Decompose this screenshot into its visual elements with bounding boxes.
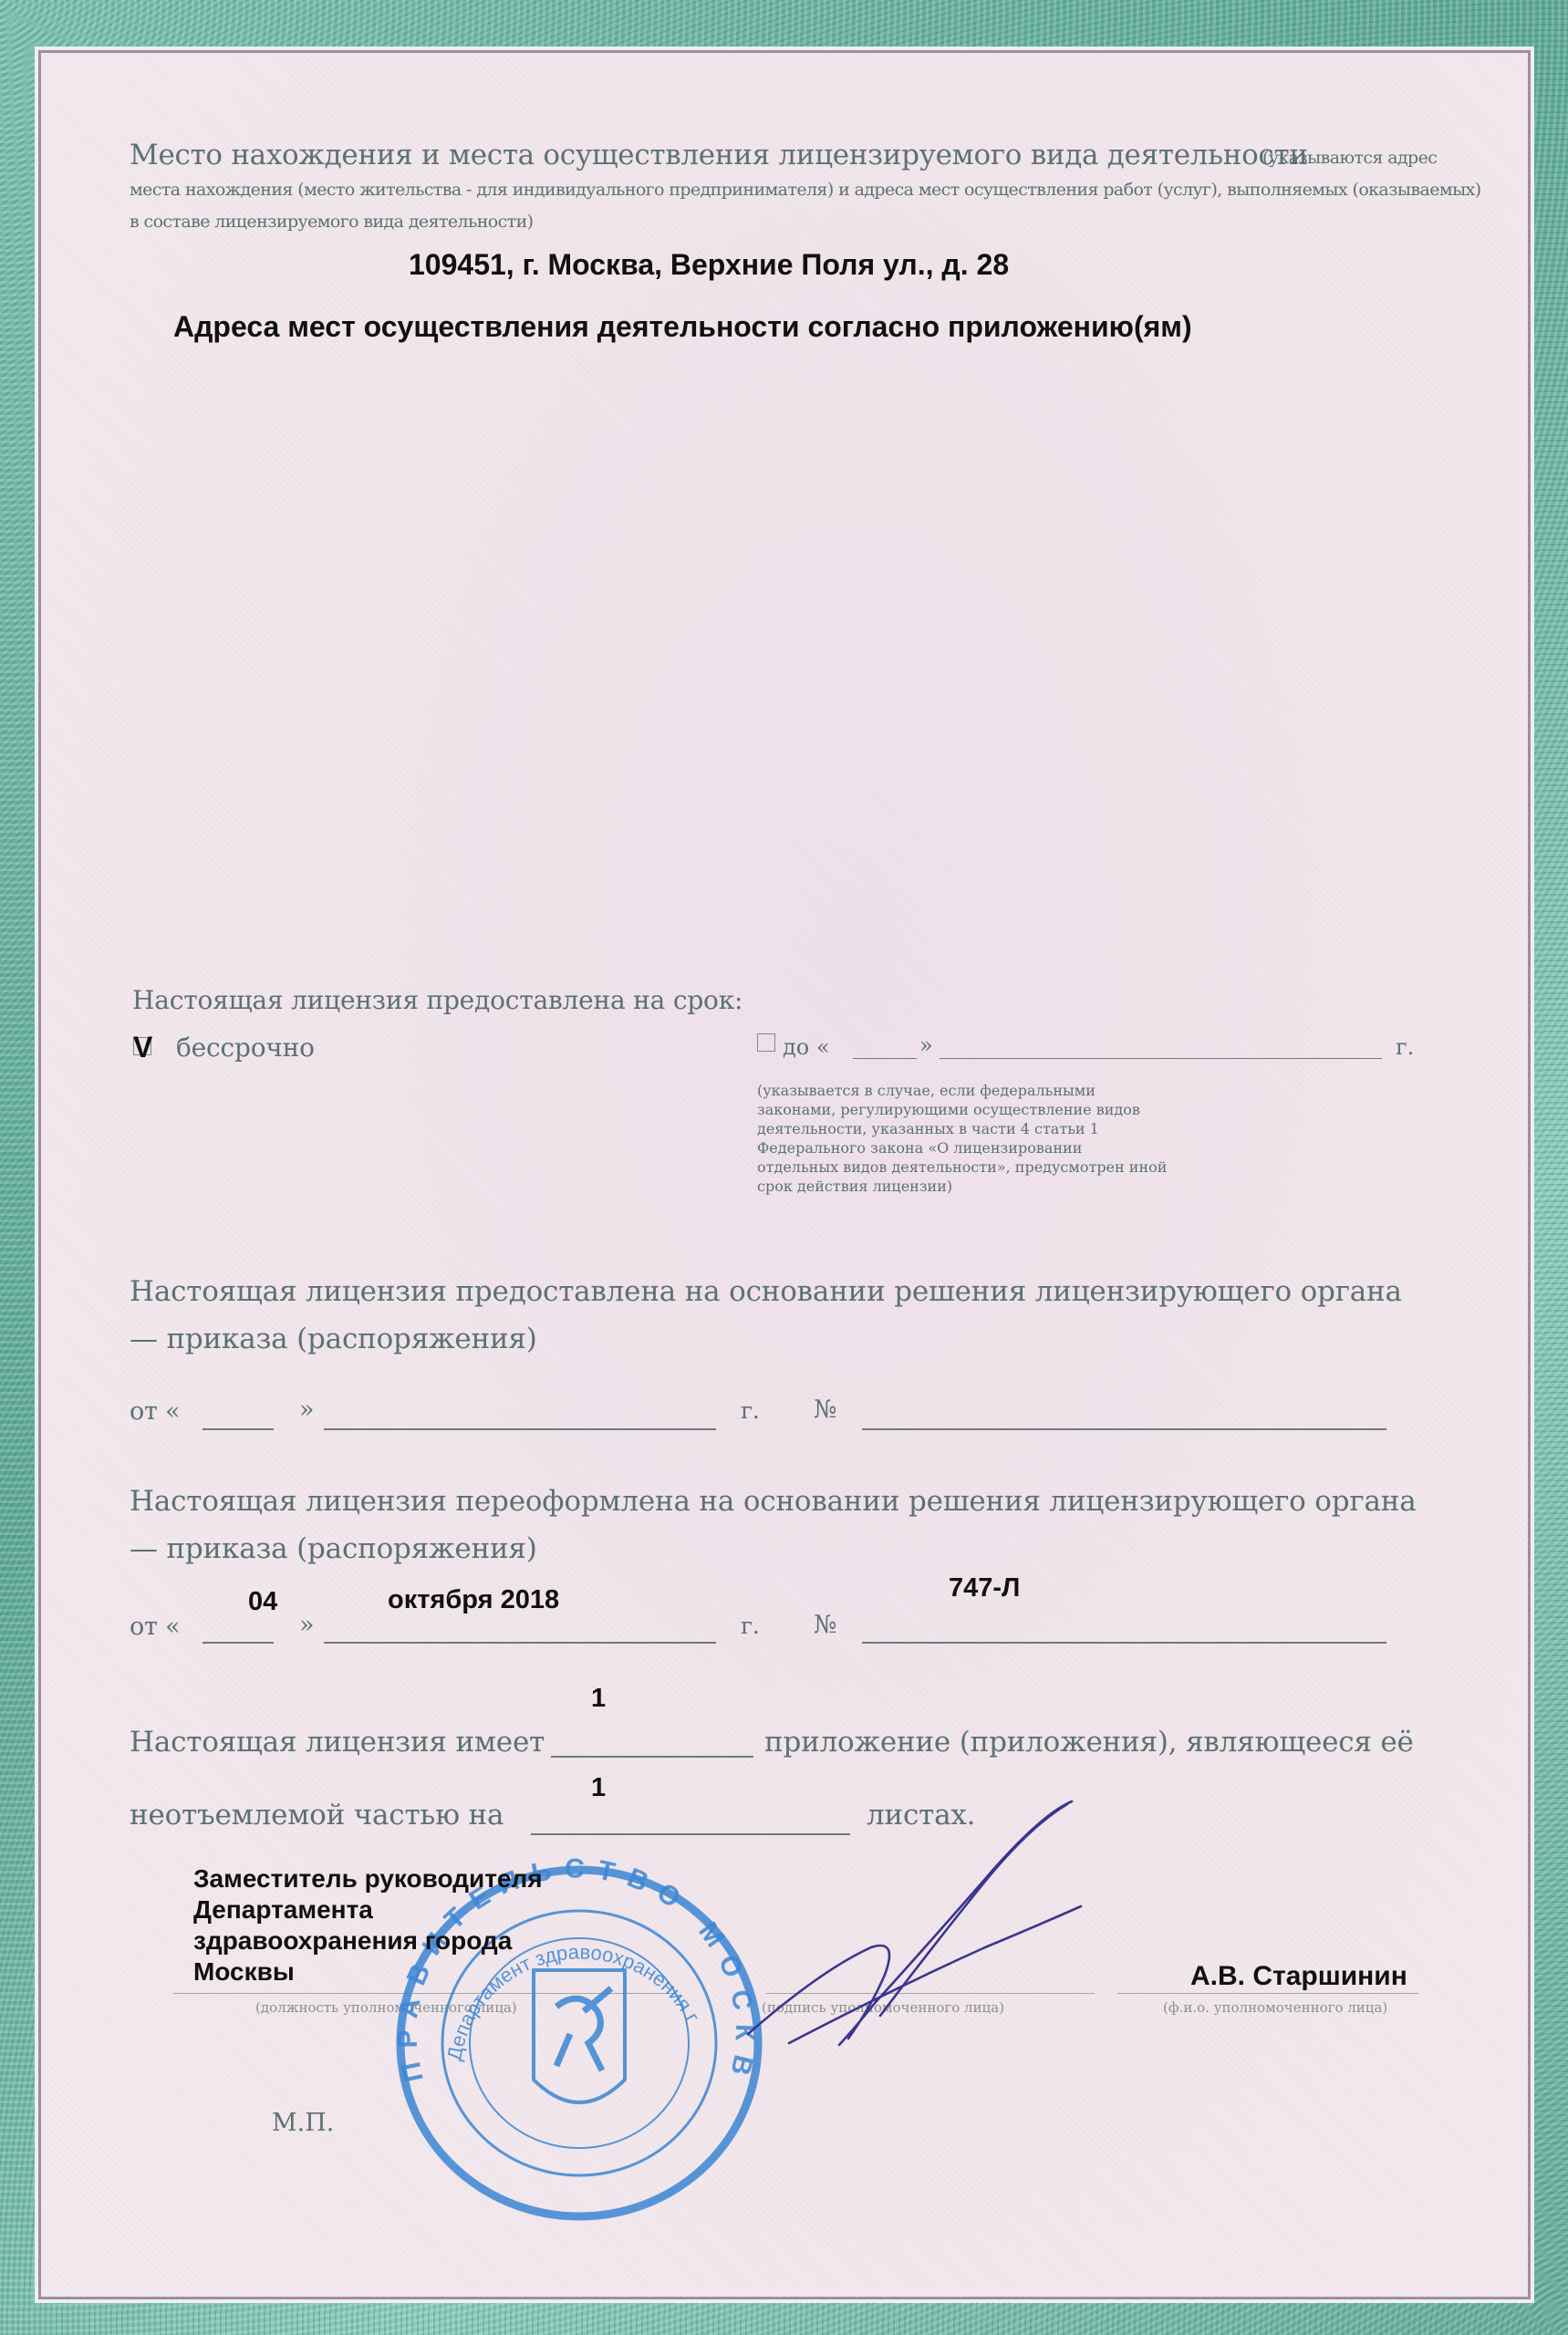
from-label: от « (130, 1397, 181, 1426)
quote-close: » (299, 1611, 314, 1639)
name-line (1117, 1993, 1418, 1994)
section-hint: (указываются адрес (1262, 148, 1437, 168)
until-day-field[interactable] (853, 1058, 917, 1059)
signer-position: Заместитель руководителя Департамента зд… (193, 1863, 543, 1987)
appendix-count: 1 (591, 1684, 606, 1714)
reissued-month-year: октября 2018 (388, 1585, 559, 1615)
section-hint: в составе лицензируемого вида деятельнос… (130, 212, 533, 232)
sheets-count: 1 (591, 1773, 606, 1803)
name-caption: (ф.и.о. уполномоченного лица) (1163, 1999, 1387, 2016)
position-line4: Москвы (193, 1956, 543, 1987)
until-date-field[interactable] (940, 1058, 1382, 1059)
granted-day-field[interactable] (202, 1428, 274, 1430)
reissued-day-field[interactable] (202, 1642, 274, 1644)
granted-number-field[interactable] (862, 1428, 1386, 1430)
term-note: (указывается в случае, если федеральными… (757, 1081, 1168, 1196)
appendix-prefix: Настоящая лицензия имеет (130, 1726, 545, 1759)
reissued-line1: Настоящая лицензия переоформлена на осно… (130, 1485, 1416, 1518)
until-checkbox[interactable] (757, 1033, 775, 1052)
from-label: от « (130, 1613, 181, 1641)
reissued-day: 04 (248, 1587, 277, 1617)
year-suffix: г. (741, 1613, 760, 1639)
seal-label: М.П. (272, 2109, 334, 2137)
signer-name: А.В. Старшинин (1190, 1961, 1407, 1992)
reissued-date-field[interactable] (324, 1642, 716, 1644)
granted-line2: — приказа (распоряжения) (130, 1323, 537, 1355)
activity-places: Адреса мест осуществления деятельности с… (173, 310, 1192, 344)
reissued-line2: — приказа (распоряжения) (130, 1532, 537, 1565)
sheets-prefix: неотъемлемой частью на (130, 1799, 504, 1832)
quote-close: » (299, 1396, 314, 1424)
granted-date-field[interactable] (324, 1428, 716, 1430)
indefinite-label: бессрочно (176, 1033, 315, 1063)
year-suffix: г. (741, 1397, 760, 1424)
check-mark: V (133, 1031, 152, 1064)
main-address: 109451, г. Москва, Верхние Поля ул., д. … (409, 248, 1009, 282)
granted-line1: Настоящая лицензия предоставлена на осно… (130, 1275, 1402, 1308)
number-label: № (814, 1611, 836, 1639)
position-line3: здравоохранения города (193, 1925, 543, 1956)
appendix-suffix: приложение (приложения), являющееся её (764, 1726, 1414, 1759)
number-label: № (814, 1396, 836, 1424)
section-hint: места нахождения (место жительства - для… (130, 180, 1481, 200)
year-suffix: г. (1396, 1034, 1414, 1060)
appendix-count-field[interactable] (551, 1756, 753, 1758)
term-label: Настоящая лицензия предоставлена на срок… (132, 985, 742, 1015)
section-title: Место нахождения и места осуществления л… (130, 139, 1308, 171)
handwritten-signature (711, 1779, 1104, 2052)
reissued-number: 747-Л (949, 1573, 1020, 1603)
quote-close: » (919, 1033, 933, 1058)
until-label: до « (783, 1034, 830, 1060)
position-line1: Заместитель руководителя (193, 1863, 543, 1894)
position-line2: Департамента (193, 1894, 543, 1925)
reissued-number-field[interactable] (862, 1642, 1386, 1644)
